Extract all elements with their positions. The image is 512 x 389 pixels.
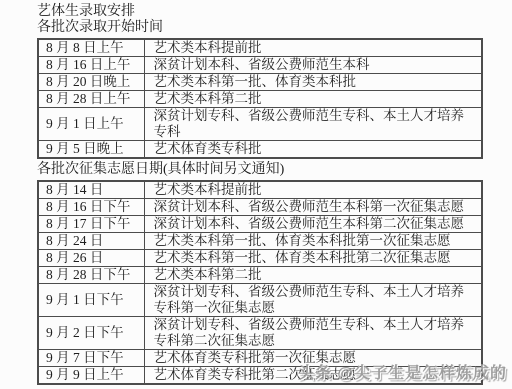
schedule-date-cell: 8 月 28 日上午 [38, 91, 144, 108]
schedule-date-cell: 8 月 26 日 [38, 250, 144, 267]
schedule-date-cell: 8 月 14 日 [38, 181, 144, 199]
schedule-batch-cell: 深贫计划专科、省级公费师范生专科、本土人才培养专科 [144, 108, 482, 141]
schedule-row: 8 月 8 日上午艺术类本科提前批 [38, 39, 482, 57]
document-page: 艺体生录取安排 各批次录取开始时间 8 月 8 日上午艺术类本科提前批8 月 1… [0, 0, 512, 389]
schedule-batch-cell: 深贫计划本科、省级公费师范生本科 [144, 57, 482, 74]
schedule-date-cell: 8 月 16 日上午 [38, 57, 144, 74]
schedule-date-cell: 9 月 5 日晚上 [38, 141, 144, 159]
schedule-date-cell: 9 月 7 日下午 [38, 350, 144, 367]
schedule-batch-cell: 深贫计划本科、省级公费师范生本科第一次征集志愿 [144, 199, 482, 216]
schedule-row: 8 月 28 日上午艺术类本科第二批 [38, 91, 482, 108]
schedule-batch-cell: 艺术类本科第二批 [144, 267, 482, 284]
schedule-row: 9 月 1 日下午深贫计划专科、省级公费师范生专科、本土人才培养专科第一次征集志… [38, 284, 482, 317]
schedule-batch-cell: 深贫计划专科、省级公费师范生专科、本土人才培养专科第二次征集志愿 [144, 317, 482, 350]
schedule-document: 艺体生录取安排 各批次录取开始时间 8 月 8 日上午艺术类本科提前批8 月 1… [37, 4, 483, 388]
schedule-date-cell: 8 月 20 日晚上 [38, 74, 144, 91]
schedule-row: 8 月 16 日下午深贫计划本科、省级公费师范生本科第一次征集志愿 [38, 199, 482, 216]
schedule-date-cell: 9 月 9 日上午 [38, 367, 144, 385]
toutiao-watermark: 头条 @尖子生是怎样炼成的 [298, 360, 507, 383]
schedule-date-cell: 9 月 1 日下午 [38, 284, 144, 317]
admission-start-times-table: 8 月 8 日上午艺术类本科提前批8 月 16 日上午深贫计划本科、省级公费师范… [37, 38, 483, 159]
schedule-batch-cell: 艺术类本科第二批 [144, 91, 482, 108]
schedule-date-cell: 8 月 24 日 [38, 233, 144, 250]
schedule-row: 8 月 26 日艺术类本科第一批、体育类本科批第二次征集志愿 [38, 250, 482, 267]
volunteer-collection-dates-table-body: 8 月 14 日艺术类本科提前批8 月 16 日下午深贫计划本科、省级公费师范生… [38, 181, 482, 384]
schedule-date-cell: 8 月 16 日下午 [38, 199, 144, 216]
schedule-row: 9 月 1 日上午深贫计划专科、省级公费师范生专科、本土人才培养专科 [38, 108, 482, 141]
schedule-row: 8 月 20 日晚上艺术类本科第一批、体育类本科批 [38, 74, 482, 91]
page-title: 艺体生录取安排 [37, 4, 483, 20]
schedule-row: 8 月 17 日下午深贫计划本科、省级公费师范生本科第二次征集志愿 [38, 216, 482, 233]
schedule-batch-cell: 艺术体育类专科批 [144, 141, 482, 159]
schedule-row: 8 月 14 日艺术类本科提前批 [38, 181, 482, 199]
schedule-batch-cell: 艺术类本科提前批 [144, 181, 482, 199]
schedule-batch-cell: 艺术类本科提前批 [144, 39, 482, 57]
schedule-row: 9 月 2 日下午深贫计划专科、省级公费师范生专科、本土人才培养专科第二次征集志… [38, 317, 482, 350]
schedule-row: 8 月 16 日上午深贫计划本科、省级公费师范生本科 [38, 57, 482, 74]
schedule-row: 9 月 5 日晚上艺术体育类专科批 [38, 141, 482, 159]
section-heading-admission-start-times: 各批次录取开始时间 [37, 20, 483, 36]
section-heading-volunteer-collection-dates: 各批次征集志愿日期(具体时间另文通知) [37, 162, 483, 178]
schedule-date-cell: 9 月 2 日下午 [38, 317, 144, 350]
schedule-date-cell: 8 月 8 日上午 [38, 39, 144, 57]
schedule-batch-cell: 艺术类本科第一批、体育类本科批第二次征集志愿 [144, 250, 482, 267]
schedule-row: 8 月 28 日下午艺术类本科第二批 [38, 267, 482, 284]
schedule-batch-cell: 艺术类本科第一批、体育类本科批 [144, 74, 482, 91]
schedule-date-cell: 9 月 1 日上午 [38, 108, 144, 141]
admission-start-times-table-body: 8 月 8 日上午艺术类本科提前批8 月 16 日上午深贫计划本科、省级公费师范… [38, 39, 482, 158]
schedule-batch-cell: 艺术类本科第一批、体育类本科批第一次征集志愿 [144, 233, 482, 250]
schedule-batch-cell: 深贫计划专科、省级公费师范生专科、本土人才培养专科第一次征集志愿 [144, 284, 482, 317]
schedule-date-cell: 8 月 28 日下午 [38, 267, 144, 284]
schedule-row: 8 月 24 日艺术类本科第一批、体育类本科批第一次征集志愿 [38, 233, 482, 250]
schedule-batch-cell: 深贫计划本科、省级公费师范生本科第二次征集志愿 [144, 216, 482, 233]
schedule-date-cell: 8 月 17 日下午 [38, 216, 144, 233]
volunteer-collection-dates-table: 8 月 14 日艺术类本科提前批8 月 16 日下午深贫计划本科、省级公费师范生… [37, 180, 483, 385]
